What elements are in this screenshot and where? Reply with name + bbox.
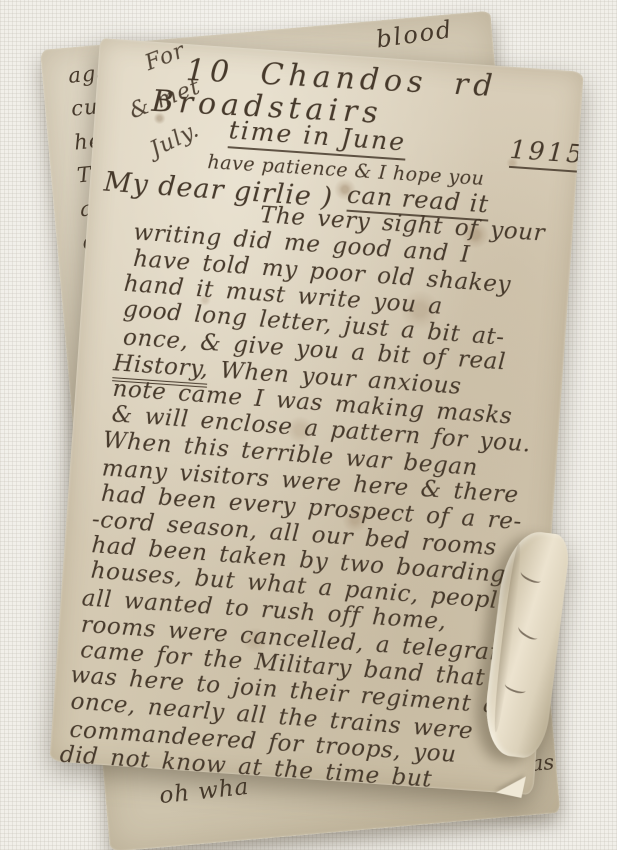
back-page-bottom-fragment: oh wha <box>158 774 250 809</box>
ink-squiggle <box>519 567 543 585</box>
header-scrawl-fragment: For <box>142 38 189 76</box>
letter-sheet-front: For & met July. 10 Chandos rd Broadstair… <box>49 38 583 795</box>
ink-squiggle <box>516 622 540 642</box>
header-scrawl-fragment: July. <box>146 117 203 162</box>
ink-squiggle <box>503 679 527 696</box>
back-page-word-fragment: blood <box>374 15 454 53</box>
date-year: 1915 <box>509 135 584 173</box>
photo-background: blood againcurdleherveThesearedyinBelgro… <box>0 0 617 850</box>
